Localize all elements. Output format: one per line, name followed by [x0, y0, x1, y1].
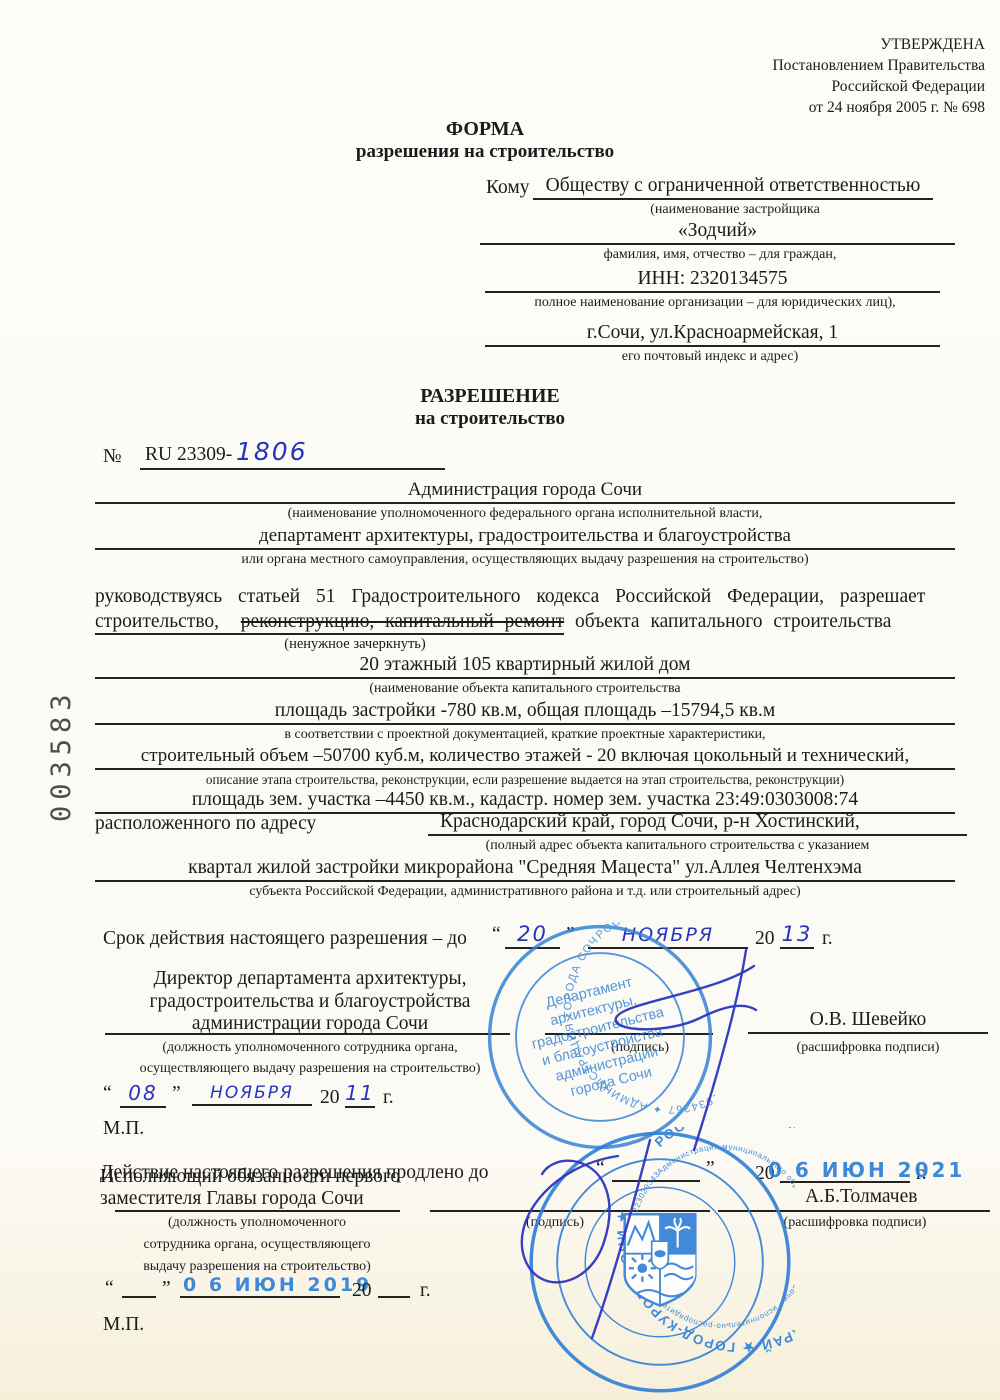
extension-position-1: Исполняющий обязанности первого [100, 1166, 400, 1188]
extension-name-caption: (расшифровка подписи) [740, 1215, 970, 1231]
address-value-2: квартал жилой застройки микрорайона "Сре… [95, 857, 955, 882]
extension-sign-caption: (подпись) [495, 1215, 615, 1231]
sochi-coat-of-arms [625, 1214, 696, 1305]
permit-subtitle: на строительство [290, 408, 690, 430]
signatory1-position-1: Директор департамента архитектуры, [110, 968, 510, 990]
signatory1-name: О.В. Шевейко [748, 1009, 988, 1034]
seal-placeholder-1: М.П. [103, 1118, 144, 1140]
approval-line-4: от 24 ноября 2005 г. № 698 [620, 99, 985, 117]
recipient-name: Обществу с ограниченной ответственностью [533, 175, 933, 200]
address-label: расположенного по адресу [95, 813, 316, 835]
extension-caption-2: сотрудника органа, осуществляющего [112, 1237, 402, 1253]
signatory1-caption-1: (должность уполномоченного сотрудника ор… [110, 1040, 510, 1056]
extension-open-quote: “ [596, 1158, 605, 1180]
signatory1-caption-2: осуществляющего выдачу разрешения на стр… [100, 1061, 520, 1077]
recipient-company: «Зодчий» [480, 220, 955, 245]
object-areas: площадь застройки -780 кв.м, общая площа… [95, 700, 955, 725]
form-serial-number: 003583 [46, 662, 77, 822]
issue-open-quote: “ [103, 1083, 112, 1105]
permit-number-label: № [103, 446, 122, 468]
grant-kept: строительство, реконструкцию, капитальны… [95, 611, 564, 635]
recipient-inn: ИНН: 2320134575 [485, 268, 940, 293]
authority-caption-1: (наименование уполномоченного федерально… [95, 506, 955, 522]
approval-line-2: Постановлением Правительства [620, 57, 985, 75]
grant-tail: объекта капитального строительства [575, 611, 891, 632]
bottom-close-quote: ” [162, 1278, 171, 1300]
recipient-label: Кому [486, 177, 530, 199]
recipient-caption-4: его почтовый индекс и адрес) [530, 349, 890, 365]
issue-month-handwritten: НОЯБРЯ [192, 1083, 312, 1106]
extension-position-line [115, 1192, 400, 1212]
date-stamp-2021: 0 6 ИЮН 2021 [768, 1158, 965, 1182]
validity-year-prefix: 20 [755, 928, 775, 950]
grant-works-line: строительство, реконструкцию, капитальны… [95, 611, 955, 633]
validity-year-suffix: г. [822, 928, 833, 950]
form-title: ФОРМА [290, 118, 680, 141]
stamp-center-text: Департамент архитектуры, градостроительс… [521, 969, 680, 1107]
issue-close-quote: ” [172, 1083, 181, 1105]
extension-close-quote: ” [706, 1158, 715, 1180]
permit-title: РАЗРЕШЕНИЕ [290, 385, 690, 408]
issue-year-prefix: 20 [320, 1087, 340, 1109]
extension-name-line [718, 1192, 990, 1212]
recipient-caption-2: фамилия, имя, отчество – для граждан, [520, 247, 920, 263]
issue-day-handwritten: 08 [120, 1081, 166, 1108]
permit-document-page: УТВЕРЖДЕНА Постановлением Правительства … [0, 0, 1000, 1400]
object-volume: строительный объем –50700 куб.м, количес… [95, 745, 955, 770]
bottom-year-prefix: 20 [352, 1280, 372, 1302]
authority-department: департамент архитектуры, градостроительс… [95, 525, 955, 550]
extension-sign-line [430, 1192, 710, 1212]
signatory1-position-line [105, 1015, 510, 1035]
grant-struck-out: реконструкцию, капитальный ремонт [241, 611, 564, 632]
validity-open-quote: “ [492, 924, 501, 946]
address-value-1: Краснодарский край, город Сочи, р-н Хост… [428, 811, 967, 836]
seal-placeholder-2: М.П. [103, 1314, 144, 1336]
strike-note: (ненужное зачеркнуть) [230, 636, 480, 653]
signatory1-position-2: градостроительства и благоустройства [110, 991, 510, 1013]
address-caption-1: (полный адрес объекта капитального строи… [400, 838, 955, 854]
date-stamp-2019: 0 6 ИЮН 2019 [183, 1274, 372, 1296]
authority-caption-2: или органа местного самоуправления, осущ… [95, 552, 955, 568]
signatory1-sign-caption: (подпись) [575, 1040, 705, 1056]
validity-close-quote: ” [566, 924, 575, 946]
round-stamp-department: РОССИЯ ✦ КРАСНОДАРСКИЙ КРАЙ ✦ ОГРН 10223… [485, 922, 715, 1152]
object-name: 20 этажный 105 квартирный жилой дом [95, 654, 955, 679]
extension-day-line [612, 1146, 700, 1182]
signatory1-name-caption: (расшифровка подписи) [748, 1040, 988, 1056]
extension-caption-1: (должность уполномоченного [112, 1215, 402, 1231]
approval-line-1: УТВЕРЖДЕНА [620, 36, 985, 54]
authority-name: Администрация города Сочи [95, 479, 955, 504]
address-caption-2: субъекта Российской Федерации, администр… [95, 884, 955, 900]
svg-text:города Сочи: города Сочи [569, 1064, 654, 1100]
bottom-open-quote: “ [105, 1278, 114, 1300]
recipient-caption-1: (наименование застройщика [560, 202, 910, 218]
bottom-year-suffix: г. [420, 1280, 431, 1302]
form-subtitle: разрешения на строительство [290, 141, 680, 163]
signatory1-sign-line [545, 1015, 713, 1035]
validity-month-handwritten: НОЯБРЯ [588, 924, 748, 949]
bottom-year-line [378, 1266, 410, 1298]
object-volume-caption: описание этапа строительства, реконструк… [95, 772, 955, 787]
svg-text:Департамент: Департамент [544, 974, 634, 1011]
grant-statement: руководствуясь статьей 51 Градостроитель… [95, 586, 955, 608]
recipient-caption-3: полное наименование организации – для юр… [480, 295, 950, 311]
validity-day-handwritten: 20 [505, 922, 560, 949]
object-name-caption: (наименование объекта капитального строи… [95, 681, 955, 697]
validity-year-handwritten: 13 [780, 922, 814, 949]
recipient-address: г.Сочи, ул.Красноармейская, 1 [485, 322, 940, 347]
bottom-day-line [122, 1266, 156, 1298]
approval-line-3: Российской Федерации [620, 78, 985, 96]
validity-text: Срок действия настоящего разрешения – до [103, 928, 467, 950]
issue-year-suffix: г. [383, 1087, 394, 1109]
permit-number-line [140, 450, 445, 470]
object-areas-caption: в соответствии с проектной документацией… [95, 727, 955, 743]
issue-year-handwritten: 11 [345, 1081, 375, 1108]
